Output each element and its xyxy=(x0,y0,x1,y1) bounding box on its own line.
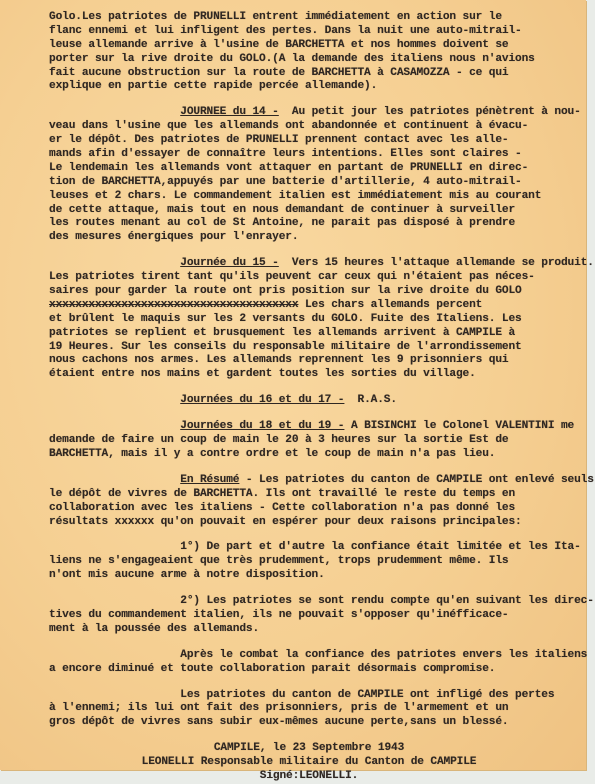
paragraph-raison-2: 2°) Les patriotes se sont rendu compte q… xyxy=(49,595,569,637)
document-body: Golo.Les patriotes de PRUNELLI entrent i… xyxy=(49,11,569,777)
text-line: collaboration avec les italiens - Cette … xyxy=(49,502,569,516)
paragraph-raison-1: 1°) De part et d'autre la confiance étai… xyxy=(49,541,569,583)
text-line: ment à la poussée des allemands. xyxy=(49,623,569,637)
paragraph-journees-18-19: Journées du 18 et du 19 - A BISINCHI le … xyxy=(49,420,569,462)
text-line: fait aucune obstruction sur la route de … xyxy=(49,67,569,81)
signatory-title: LEONELLI Responsable militaire du Canton… xyxy=(49,756,569,770)
text-line: les routes menant au col de St Antoine, … xyxy=(49,217,569,231)
text-line: R.A.S. xyxy=(344,394,397,406)
paragraph-apres-combat: Après le combat la confiance des patriot… xyxy=(49,649,569,677)
text-line: Le lendemain les allemands vont attaquer… xyxy=(49,162,569,176)
paragraph-resume: En Résumé - Les patriotes du canton de C… xyxy=(49,474,569,530)
text-line: 2°) Les patriotes se sont rendu compte q… xyxy=(180,595,594,607)
text-line: leuse allemande arrive à l'usine de BARC… xyxy=(49,39,569,53)
text-line: des mesures énergiques pour l'enrayer. xyxy=(49,231,569,245)
paragraph-bilan: Les patriotes du canton de CAMPILE ont i… xyxy=(49,689,569,731)
text-line: le dépôt de vivres de BARCHETTA. Ils ont… xyxy=(49,488,569,502)
signature-block: CAMPILE, le 23 Septembre 1943 LEONELLI R… xyxy=(49,742,569,777)
paragraph-intro: Golo.Les patriotes de PRUNELLI entrent i… xyxy=(49,11,569,94)
text-line: flanc ennemi et lui infligent des pertes… xyxy=(49,25,569,39)
text-line: nous cachons nos armes. Les allemands re… xyxy=(49,354,569,368)
text-line: porter sur la rive droite du GOLO.(A la … xyxy=(49,53,569,67)
text-line: - Les patriotes du canton de CAMPILE ont… xyxy=(239,474,593,486)
text-line: Les patriotes tirent tant qu'ils peuvent… xyxy=(49,271,569,285)
struck-out-text: xxxxxxxxxxxxxxxxxxxxxxxxxxxxxxxxxxxxxx xyxy=(49,299,298,311)
section-heading: Journées du 16 et du 17 - xyxy=(180,394,344,406)
paragraph-journee-15: Journée du 15 - Vers 15 heures l'attaque… xyxy=(49,257,569,382)
section-heading: Journée du 15 - xyxy=(180,257,278,269)
text-line: demande de faire un coup de main le 20 à… xyxy=(49,434,569,448)
text-line: A BISINCHI le Colonel VALENTINI me xyxy=(344,420,574,432)
section-heading: Journées du 18 et du 19 - xyxy=(180,420,344,432)
text-line: Les chars allemands percent xyxy=(298,299,482,311)
text-line: n'ont mis aucune arme à notre dispositio… xyxy=(49,569,569,583)
text-line: de cette attaque, mais tout en nous dema… xyxy=(49,204,569,218)
text-line: veau dans l'usine que les allemands ont … xyxy=(49,120,569,134)
section-heading: JOURNEE du 14 - xyxy=(180,106,278,118)
text-line: et brûlent le maquis sur les 2 versants … xyxy=(49,313,569,327)
text-line: étaient entre nos mains et gardent toute… xyxy=(49,368,569,382)
text-line: leuses et 2 chars. Le commandement itali… xyxy=(49,190,569,204)
place-date: CAMPILE, le 23 Septembre 1943 xyxy=(49,742,569,756)
text-line: 1°) De part et d'autre la confiance étai… xyxy=(180,541,580,553)
text-line: 19 Heures. Sur les conseils du responsab… xyxy=(49,341,569,355)
text-line: explique en partie cette rapide percée a… xyxy=(49,80,569,94)
paragraph-journee-14: JOURNEE du 14 - Au petit jour les patrio… xyxy=(49,106,569,245)
text-line: gros dépôt de vivres sans subir eux-même… xyxy=(49,716,569,730)
text-line: patriotes se replient et brusquement les… xyxy=(49,327,569,341)
text-line: à l'ennemi; ils lui ont fait des prisonn… xyxy=(49,702,569,716)
section-heading: En Résumé xyxy=(180,474,239,486)
paragraph-journees-16-17: Journées du 16 et du 17 - R.A.S. xyxy=(49,394,569,408)
text-line: tives du commandement italien, ils ne po… xyxy=(49,609,569,623)
text-line: Au petit jour les patriotes pénètrent à … xyxy=(279,106,581,118)
signature: Signé:LEONELLI. xyxy=(49,770,569,777)
text-line: liens ne s'engageaient que très prudemme… xyxy=(49,555,569,569)
text-line: BARCHETTA, mais il y a contre ordre et l… xyxy=(49,448,569,462)
text-line: er le dépôt. Des patriotes de PRUNELLI p… xyxy=(49,134,569,148)
text-line: saires pour garder la route ont pris pos… xyxy=(49,285,569,299)
typewritten-page: Golo.Les patriotes de PRUNELLI entrent i… xyxy=(0,0,586,770)
text-line: mands afin d'essayer de connaître leurs … xyxy=(49,148,569,162)
text-line: Après le combat la confiance des patriot… xyxy=(180,649,587,661)
text-line: Vers 15 heures l'attaque allemande se pr… xyxy=(279,257,594,269)
text-line: résultats xxxxxx qu'on pouvait en espére… xyxy=(49,516,569,530)
text-line: Les patriotes du canton de CAMPILE ont i… xyxy=(180,689,554,701)
text-line: Golo.Les patriotes de PRUNELLI entrent i… xyxy=(49,11,569,25)
text-line: tion de BARCHETTA,appuyés par une batter… xyxy=(49,176,569,190)
text-line: a encore diminué et toute collaboration … xyxy=(49,663,569,677)
